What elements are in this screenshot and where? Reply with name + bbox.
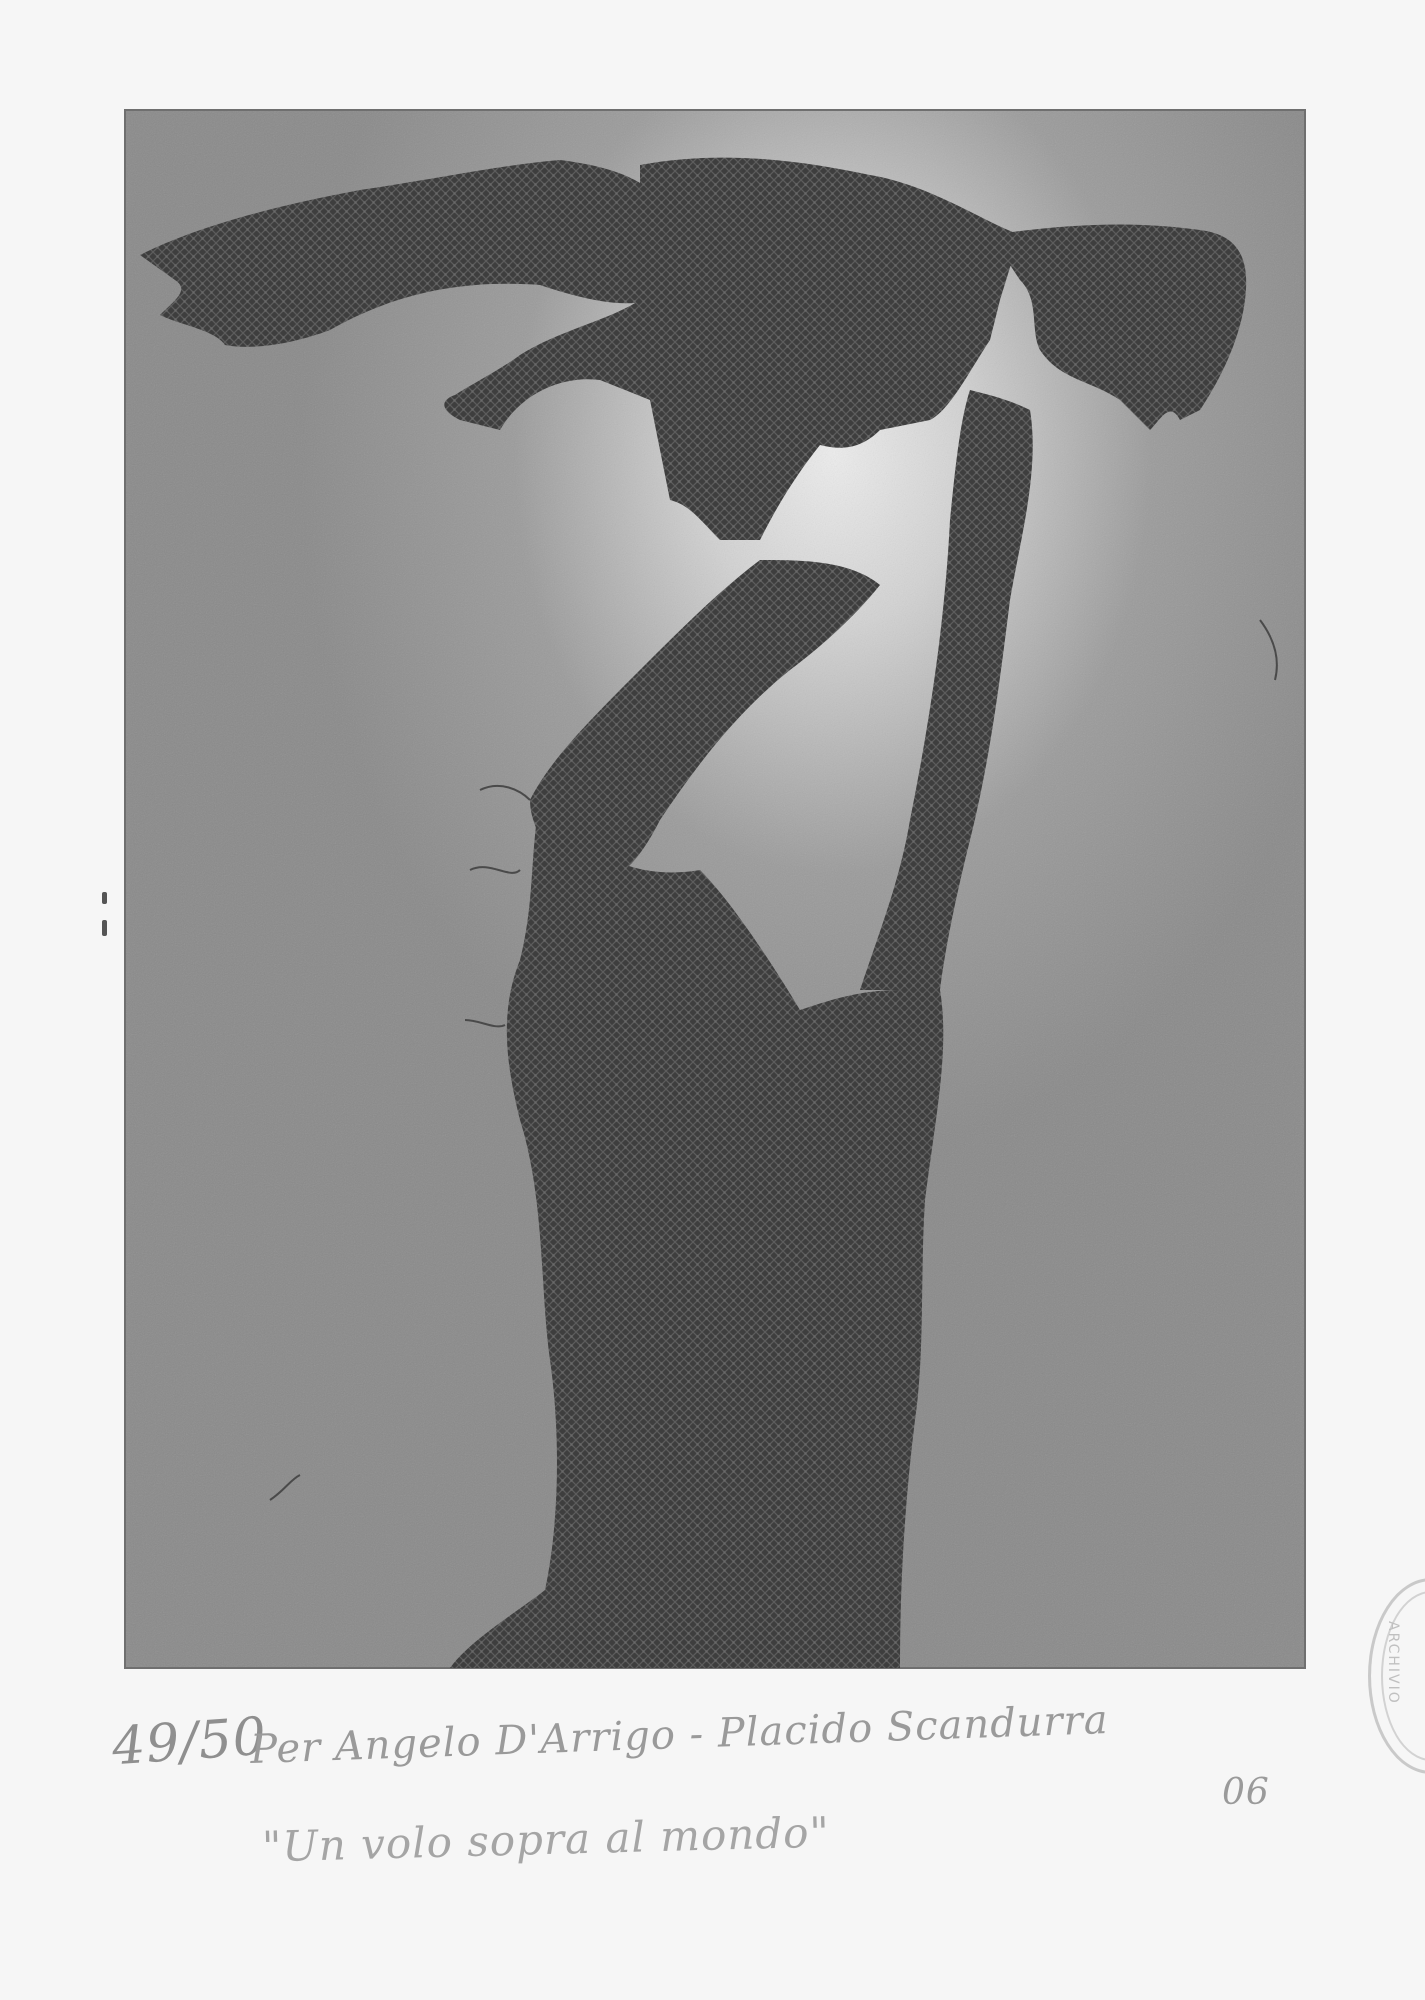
year: 06 <box>1222 1772 1270 1813</box>
margin-mark <box>102 920 107 936</box>
margin-mark <box>102 892 107 904</box>
etching-plate <box>0 0 1425 2000</box>
paper-sheet: 49/50 Per Angelo D'Arrigo - Placido Scan… <box>0 0 1425 2000</box>
stamp-text: ARCHIVIO <box>1385 1621 1401 1705</box>
edition-number: 49/50 <box>110 1707 269 1778</box>
